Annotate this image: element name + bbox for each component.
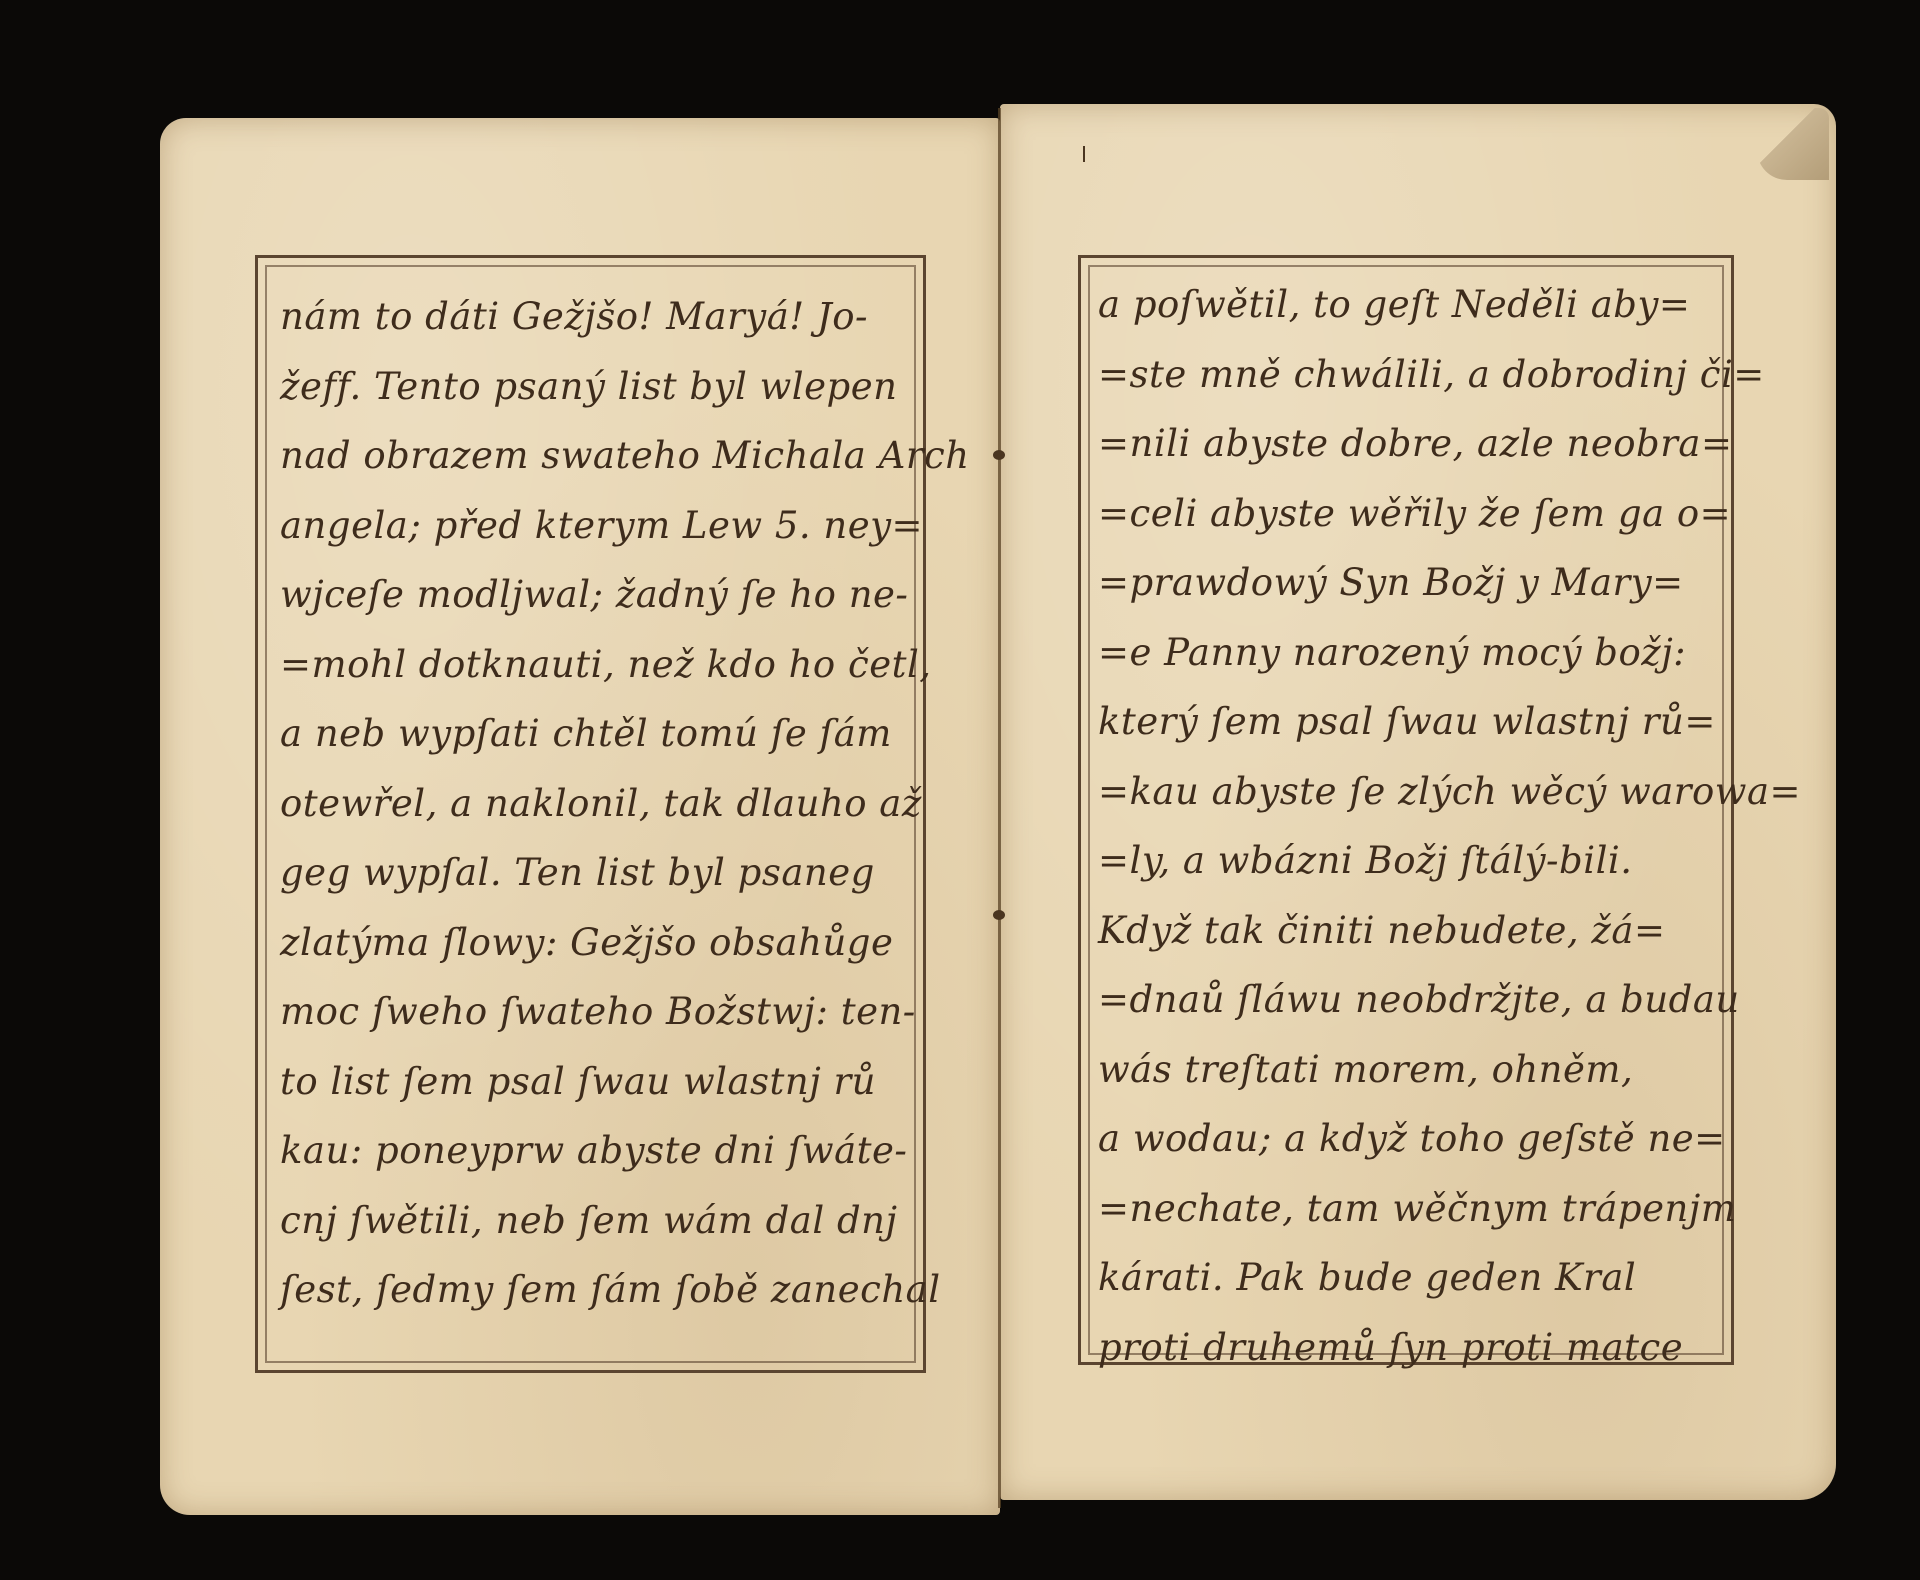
right-page-text: a poſwětil, to geſt Neděli aby= =ste mně… xyxy=(1098,270,1718,1382)
left-page-text: nám to dáti Gežjšo! Maryá! Jo- žeff. Ten… xyxy=(280,282,910,1325)
text-line: ſest, ſedmy ſem ſám ſobě zanechal xyxy=(280,1255,910,1325)
text-line: =kau abyste ſe zlých wěcý warowa= xyxy=(1098,757,1718,827)
text-line: =ste mně chwálili, a dobrodinj či= xyxy=(1098,340,1718,410)
book-spine xyxy=(998,108,1001,1508)
text-line: zlatýma ſlowy: Gežjšo obsahůge xyxy=(280,908,910,978)
text-line: a poſwětil, to geſt Neděli aby= xyxy=(1098,270,1718,340)
folio-mark xyxy=(1083,146,1085,162)
text-line: =nili abyste dobre, azle neobra= xyxy=(1098,409,1718,479)
binding-stitch xyxy=(993,450,1005,460)
text-line: kárati. Pak bude geden Kral xyxy=(1098,1243,1718,1313)
text-line: cnj ſwětili, neb ſem wám dal dnj xyxy=(280,1186,910,1256)
text-line: =mohl dotknauti, než kdo ho četl, xyxy=(280,630,910,700)
text-line: =e Panny narozený mocý božj: xyxy=(1098,618,1718,688)
text-line: otewřel, a naklonil, tak dlauho až xyxy=(280,769,910,839)
text-line: =celi abyste wěřily že ſem ga o= xyxy=(1098,479,1718,549)
text-line: nám to dáti Gežjšo! Maryá! Jo- xyxy=(280,282,910,352)
text-line: angela; před kterym Lew 5. ney= xyxy=(280,491,910,561)
text-line: kau: poneyprw abyste dni ſwáte- xyxy=(280,1116,910,1186)
binding-stitch xyxy=(993,910,1005,920)
text-line: wjceſe modljwal; žadný ſe ho ne- xyxy=(280,560,910,630)
text-line: moc ſweho ſwateho Božstwj: ten- xyxy=(280,977,910,1047)
text-line: proti druhemů ſyn proti matce xyxy=(1098,1313,1718,1383)
text-line: žeff. Tento psaný list byl wlepen xyxy=(280,352,910,422)
text-line: geg wypſal. Ten list byl psaneg xyxy=(280,838,910,908)
text-line: Když tak činiti nebudete, žá= xyxy=(1098,896,1718,966)
text-line: nad obrazem swateho Michala Arch xyxy=(280,421,910,491)
text-line: =dnaů ſláwu neobdržjte, a budau xyxy=(1098,965,1718,1035)
text-line: který ſem psal ſwau wlastnj rů= xyxy=(1098,687,1718,757)
text-line: =prawdowý Syn Božj y Mary= xyxy=(1098,548,1718,618)
text-line: to list ſem psal ſwau wlastnj rů xyxy=(280,1047,910,1117)
folded-corner xyxy=(1757,108,1829,180)
text-line: a wodau; a když toho geſstě ne= xyxy=(1098,1104,1718,1174)
text-line: a neb wypſati chtěl tomú ſe ſám xyxy=(280,699,910,769)
text-line: =ly, a wbázni Božj ſtálý-bili. xyxy=(1098,826,1718,896)
text-line: =nechate, tam wěčnym trápenjm xyxy=(1098,1174,1718,1244)
text-line: wás treſtati morem, ohněm, xyxy=(1098,1035,1718,1105)
